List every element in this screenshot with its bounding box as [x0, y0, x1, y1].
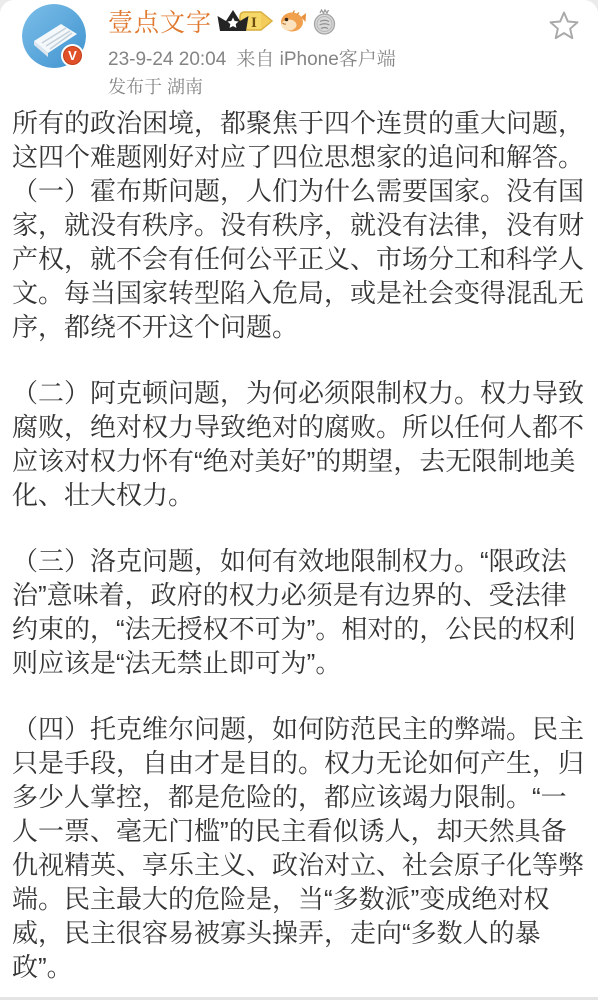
user-line: 壹点文字 I [108, 6, 337, 36]
crown-level-icon: I [217, 8, 275, 34]
post-meta: 23-9-24 20:04来自 iPhone客户端 [108, 44, 396, 71]
post-body: 所有的政治困境，都聚焦于四个连贯的重大问题，这四个难题刚好对应了四位思想家的追问… [0, 106, 598, 984]
level-label: I [251, 15, 257, 31]
post-location: 发布于 湖南 [108, 73, 203, 99]
paragraph-acton: （二）阿克顿问题，为何必须限制权力。权力导致腐败，绝对权力导致绝对的腐败。所以任… [12, 376, 586, 512]
paragraph-hobbes: （一）霍布斯问题，人们为什么需要国家。没有国家，就没有秩序。没有秩序，就没有法律… [12, 174, 586, 344]
timestamp: 23-9-24 20:04 [108, 49, 226, 70]
post-header: V 壹点文字 I [0, 0, 598, 106]
paragraph-tocqueville: （四）托克维尔问题，如何防范民主的弊端。民主只是手段，自由才是目的。权力无论如何… [12, 712, 586, 984]
paragraph-intro: 所有的政治困境，都聚焦于四个连贯的重大问题，这四个难题刚好对应了四位思想家的追问… [12, 106, 586, 174]
crown-level-badge[interactable]: I [217, 8, 275, 34]
source-client[interactable]: 来自 iPhone客户端 [236, 49, 395, 70]
paragraph-locke: （三）洛克问题，如何有效地限制权力。“限政法治”意味着，政府的权力必须是有边界的… [12, 544, 586, 680]
favorite-star-icon[interactable] [546, 8, 582, 44]
verified-v-icon: V [61, 44, 84, 67]
verified-label: V [68, 48, 77, 63]
blowfish-icon [280, 8, 307, 34]
silver-medal-icon [312, 8, 337, 35]
weibo-post-card: V 壹点文字 I [0, 0, 598, 1000]
username[interactable]: 壹点文字 [108, 3, 212, 39]
